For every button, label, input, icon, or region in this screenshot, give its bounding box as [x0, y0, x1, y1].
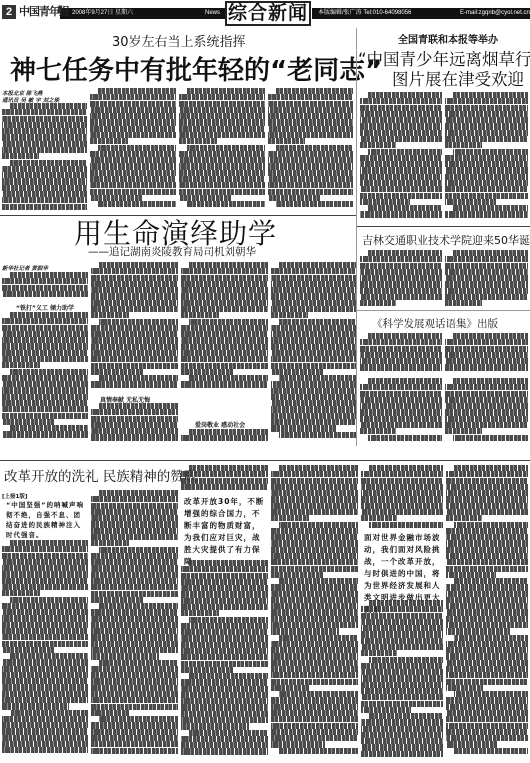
text-line: [2, 406, 88, 412]
text-line: [276, 201, 353, 207]
text-line: [189, 429, 268, 435]
text-line: [361, 719, 443, 725]
text-line: [2, 387, 88, 393]
text-line: [360, 167, 442, 173]
text-line: [446, 697, 528, 703]
reform-tag: [上接1版]: [2, 492, 27, 500]
text-line: [271, 496, 358, 502]
text-line: [2, 728, 88, 734]
text-line: [446, 503, 528, 509]
text-line: [268, 113, 353, 119]
text-line: [271, 672, 358, 678]
text-line: [2, 578, 88, 584]
text-line: [360, 105, 442, 111]
text-line: [90, 94, 176, 100]
reform-lead-quote: “中国坚强”的呐喊声响彻不绝，自强不息、团结奋进的民族精神注入时代强音。: [6, 500, 88, 540]
text-line: [181, 610, 219, 616]
text-line: [445, 105, 528, 111]
text-line: [2, 747, 88, 753]
text-line: [10, 369, 88, 375]
text-line: [271, 268, 356, 274]
text-line: [360, 111, 442, 117]
text-line: [360, 98, 442, 104]
text-line: [91, 300, 178, 306]
text-line: [181, 742, 268, 748]
text-line: [446, 729, 528, 735]
text-line: [2, 666, 88, 672]
text-line: [271, 484, 358, 490]
text-line: [181, 654, 268, 660]
text-line: [181, 337, 268, 343]
text-line: [10, 653, 88, 659]
text-line: [360, 352, 442, 358]
text-line: [2, 609, 88, 615]
text-line: [271, 616, 358, 622]
text-line: [271, 704, 358, 710]
text-line: [91, 369, 144, 375]
section-title: 综合新闻: [225, 1, 311, 26]
liu-column-2a: [91, 262, 178, 392]
text-line: [91, 275, 178, 281]
text-line: [446, 666, 528, 672]
text-line: [445, 180, 528, 186]
text-line: [99, 547, 178, 553]
tobacco-kicker: 全国青联和本报等举办: [398, 31, 498, 46]
text-line: [445, 403, 528, 409]
text-line: [446, 490, 528, 496]
text-line: [99, 490, 178, 496]
text-line: [99, 603, 178, 609]
text-line: [179, 107, 265, 113]
text-line: [187, 145, 265, 151]
text-line: [453, 333, 528, 339]
reform-column-4: [271, 465, 358, 760]
text-line: [445, 422, 528, 428]
text-line: [10, 103, 87, 109]
text-line: [360, 263, 442, 269]
text-line: [445, 428, 482, 434]
text-line: [271, 413, 356, 419]
text-line: [446, 716, 528, 722]
text-line: [2, 122, 87, 128]
text-line: [181, 363, 268, 369]
text-line: [445, 364, 528, 370]
text-line: [445, 391, 528, 397]
text-line: [445, 288, 528, 294]
text-line: [2, 343, 88, 349]
text-line: [2, 172, 87, 178]
text-line: [268, 176, 353, 182]
text-line: [453, 149, 528, 155]
text-line: [91, 666, 178, 672]
text-line: [361, 663, 443, 669]
divider-horizontal-3: [356, 310, 530, 311]
text-line: [91, 281, 178, 287]
reform-column-5b: [361, 600, 443, 760]
text-line: [361, 625, 443, 631]
text-line: [271, 400, 356, 406]
text-line: [360, 346, 442, 352]
text-line: [2, 375, 88, 381]
text-line: [268, 163, 353, 169]
text-line: [271, 325, 356, 331]
text-line: [91, 672, 178, 678]
text-line: [271, 419, 356, 425]
text-line: [2, 691, 88, 697]
text-line: [181, 629, 268, 635]
text-line: [91, 578, 178, 584]
text-line: [445, 193, 528, 199]
text-line: [369, 522, 443, 528]
text-line: [361, 650, 397, 656]
liu-column-1a: [2, 272, 88, 302]
text-line: [189, 560, 268, 566]
text-line: [445, 384, 528, 390]
text-line: [446, 679, 528, 685]
text-line: [91, 616, 178, 622]
text-line: [179, 157, 265, 163]
tobacco-headline-line2: 图片展在津受欢迎: [392, 66, 524, 90]
text-line: [361, 707, 411, 713]
text-line: [361, 503, 443, 509]
text-line: [445, 397, 528, 403]
text-line: [91, 741, 178, 747]
text-line: [2, 722, 88, 728]
text-line: [271, 622, 358, 628]
text-line: [360, 300, 396, 306]
text-line: [181, 350, 268, 356]
text-line: [268, 157, 353, 163]
text-line: [360, 269, 442, 275]
text-line: [445, 142, 482, 148]
liu-column-3a: [181, 262, 268, 392]
text-line: [271, 591, 358, 597]
text-line: [361, 751, 443, 757]
text-line: [268, 132, 353, 138]
text-line: [91, 528, 178, 534]
reform-headline: 改革开放的洗礼 民族精神的赞歌: [4, 465, 197, 485]
text-line: [181, 369, 234, 375]
text-line: [189, 617, 268, 623]
text-line: [279, 578, 358, 584]
text-line: [271, 528, 358, 534]
text-line: [453, 92, 528, 98]
text-line: [279, 465, 358, 471]
text-line: [446, 484, 528, 490]
text-line: [271, 331, 356, 337]
text-line: [445, 199, 496, 205]
text-line: [361, 682, 443, 688]
text-line: [2, 413, 88, 419]
science-column-1: [360, 333, 442, 371]
text-line: [271, 566, 358, 572]
text-line: [271, 609, 358, 615]
text-line: [271, 344, 356, 350]
text-line: [360, 193, 442, 199]
liu-column-2b: [91, 403, 178, 443]
text-line: [91, 312, 129, 318]
text-line: [179, 151, 265, 157]
text-line: [360, 416, 442, 422]
text-line: [2, 128, 87, 134]
text-line: [445, 123, 528, 129]
text-line: [181, 635, 268, 641]
text-line: [2, 185, 87, 191]
text-line: [179, 126, 265, 132]
text-line: [91, 416, 178, 422]
text-line: [181, 711, 268, 717]
text-line: [91, 622, 178, 628]
news-label: News: [205, 8, 220, 19]
text-line: [445, 167, 528, 173]
text-line: [2, 659, 88, 665]
text-line: [2, 641, 88, 647]
text-line: [181, 667, 234, 673]
text-line: [279, 375, 356, 381]
text-line: [10, 710, 88, 716]
text-line: [271, 503, 358, 509]
text-line: [361, 738, 443, 744]
text-line: [368, 333, 442, 339]
text-line: [271, 547, 358, 553]
reform-column-3a: [181, 465, 268, 493]
text-line: [446, 566, 528, 572]
text-line: [361, 478, 443, 484]
text-line: [361, 490, 443, 496]
text-line: [2, 603, 88, 609]
text-line: [279, 635, 358, 641]
text-line: [181, 435, 268, 441]
text-line: [445, 416, 528, 422]
text-line: [2, 291, 88, 297]
text-line: [2, 337, 88, 343]
text-line: [91, 678, 178, 684]
text-line: [2, 622, 88, 628]
text-line: [446, 572, 496, 578]
text-line: [271, 337, 356, 343]
text-line: [271, 306, 356, 312]
text-line: [98, 145, 176, 151]
text-line: [91, 691, 178, 697]
paper-logo: 中国青年报: [19, 3, 69, 19]
text-line: [181, 598, 268, 604]
text-line: [268, 94, 353, 100]
text-line: [271, 710, 358, 716]
text-line: [99, 375, 178, 381]
text-line: [445, 211, 528, 217]
text-line: [181, 698, 268, 704]
text-line: [91, 597, 144, 603]
text-line: [361, 619, 443, 625]
text-line: [445, 155, 528, 161]
text-line: [2, 134, 87, 140]
liu-column-1b: [2, 312, 88, 442]
text-line: [91, 356, 178, 362]
text-line: [2, 716, 88, 722]
text-line: [181, 579, 268, 585]
text-line: [271, 381, 356, 387]
text-line: [271, 735, 358, 741]
text-line: [454, 578, 528, 584]
text-line: [279, 691, 358, 697]
text-line: [445, 281, 528, 287]
text-line: [446, 622, 528, 628]
text-line: [179, 189, 265, 195]
text-line: [90, 176, 176, 182]
text-line: [181, 736, 268, 742]
text-line: [2, 109, 87, 115]
text-line: [10, 160, 87, 166]
text-line: [361, 732, 443, 738]
text-line: [271, 741, 325, 747]
text-line: [91, 344, 178, 350]
text-line: [181, 679, 268, 685]
text-line: [368, 378, 442, 384]
shenqi-column-4: [268, 88, 353, 213]
text-line: [445, 275, 528, 281]
text-line: [454, 465, 528, 471]
text-line: [271, 597, 358, 603]
text-line: [361, 688, 443, 694]
text-line: [271, 363, 356, 369]
text-line: [99, 716, 178, 722]
text-line: [446, 478, 528, 484]
text-line: [181, 478, 268, 484]
text-line: [446, 540, 528, 546]
text-line: [446, 528, 528, 534]
text-line: [368, 205, 442, 211]
text-line: [445, 358, 528, 364]
text-line: [181, 356, 268, 362]
text-line: [2, 362, 40, 368]
text-line: [279, 748, 358, 754]
tobacco-column-1: [360, 92, 442, 222]
text-line: [91, 748, 178, 754]
text-line: [271, 509, 358, 515]
text-line: [271, 540, 358, 546]
text-line: [91, 434, 178, 440]
text-line: [446, 553, 528, 559]
text-line: [179, 119, 265, 125]
divider-vertical-top: [356, 28, 357, 228]
text-line: [368, 92, 442, 98]
text-line: [91, 331, 178, 337]
text-line: [446, 597, 528, 603]
text-line: [187, 88, 265, 94]
text-line: [189, 375, 268, 381]
reform-column-5a: [361, 465, 443, 530]
text-line: [445, 130, 528, 136]
text-line: [91, 306, 178, 312]
shenqi-column-1: [2, 103, 87, 213]
text-line: [271, 553, 358, 559]
text-line: [91, 503, 178, 509]
text-line: [181, 717, 268, 723]
text-line: [181, 642, 268, 648]
text-line: [90, 119, 176, 125]
text-line: [445, 136, 528, 142]
text-line: [360, 155, 442, 161]
text-line: [360, 199, 410, 205]
text-line: [10, 272, 88, 278]
text-line: [91, 287, 178, 293]
text-line: [360, 294, 442, 300]
text-line: [2, 278, 88, 284]
text-line: [360, 364, 442, 370]
text-line: [91, 293, 178, 299]
text-line: [445, 111, 528, 117]
text-line: [446, 628, 510, 634]
text-line: [2, 197, 87, 203]
liu-subhead-1: “铁打”义工 倾力助学: [16, 303, 74, 312]
text-line: [91, 647, 178, 653]
text-line: [91, 628, 178, 634]
text-line: [181, 748, 268, 754]
text-line: [279, 319, 356, 325]
text-line: [445, 174, 528, 180]
text-line: [2, 400, 88, 406]
text-line: [2, 735, 88, 741]
text-line: [179, 101, 265, 107]
text-line: [90, 126, 176, 132]
text-line: [446, 591, 528, 597]
text-line: [91, 534, 178, 540]
text-line: [445, 300, 482, 306]
text-line: [10, 597, 88, 603]
text-line: [360, 428, 396, 434]
text-line: [446, 616, 528, 622]
text-line: [453, 435, 528, 441]
text-line: [271, 647, 358, 653]
text-line: [91, 653, 159, 659]
text-line: [361, 509, 443, 515]
email-contact: E-mail:zgqnb@cyol.net.cn: [460, 8, 530, 19]
text-line: [445, 346, 528, 352]
text-line: [90, 101, 176, 107]
text-line: [360, 358, 442, 364]
text-line: [99, 319, 178, 325]
reform-pull-quote-1: 改革开放30年，不断增强的综合国力，不断丰富的物质财富，为我们应对巨灾，战胜大灾…: [184, 496, 266, 568]
text-line: [181, 686, 268, 692]
text-line: [181, 331, 268, 337]
text-line: [268, 182, 353, 188]
text-line: [91, 685, 178, 691]
text-line: [179, 176, 265, 182]
text-line: [446, 509, 528, 515]
text-line: [90, 170, 176, 176]
text-line: [91, 496, 178, 502]
text-line: [181, 275, 268, 281]
liu-column-3b: [181, 429, 268, 443]
text-line: [446, 685, 483, 691]
text-line: [446, 660, 528, 666]
text-line: [187, 201, 265, 207]
text-line: [360, 397, 442, 403]
text-line: [189, 730, 268, 736]
text-line: [369, 600, 443, 606]
text-line: [271, 584, 358, 590]
liu-byline: 新华社记者 黄振华: [2, 264, 48, 272]
text-line: [2, 684, 88, 690]
text-line: [181, 723, 249, 729]
divider-vertical-mid: [356, 226, 357, 446]
text-line: [271, 287, 356, 293]
text-line: [446, 735, 528, 741]
text-line: [91, 337, 178, 343]
text-line: [2, 546, 88, 552]
text-line: [2, 678, 88, 684]
text-line: [2, 431, 88, 437]
